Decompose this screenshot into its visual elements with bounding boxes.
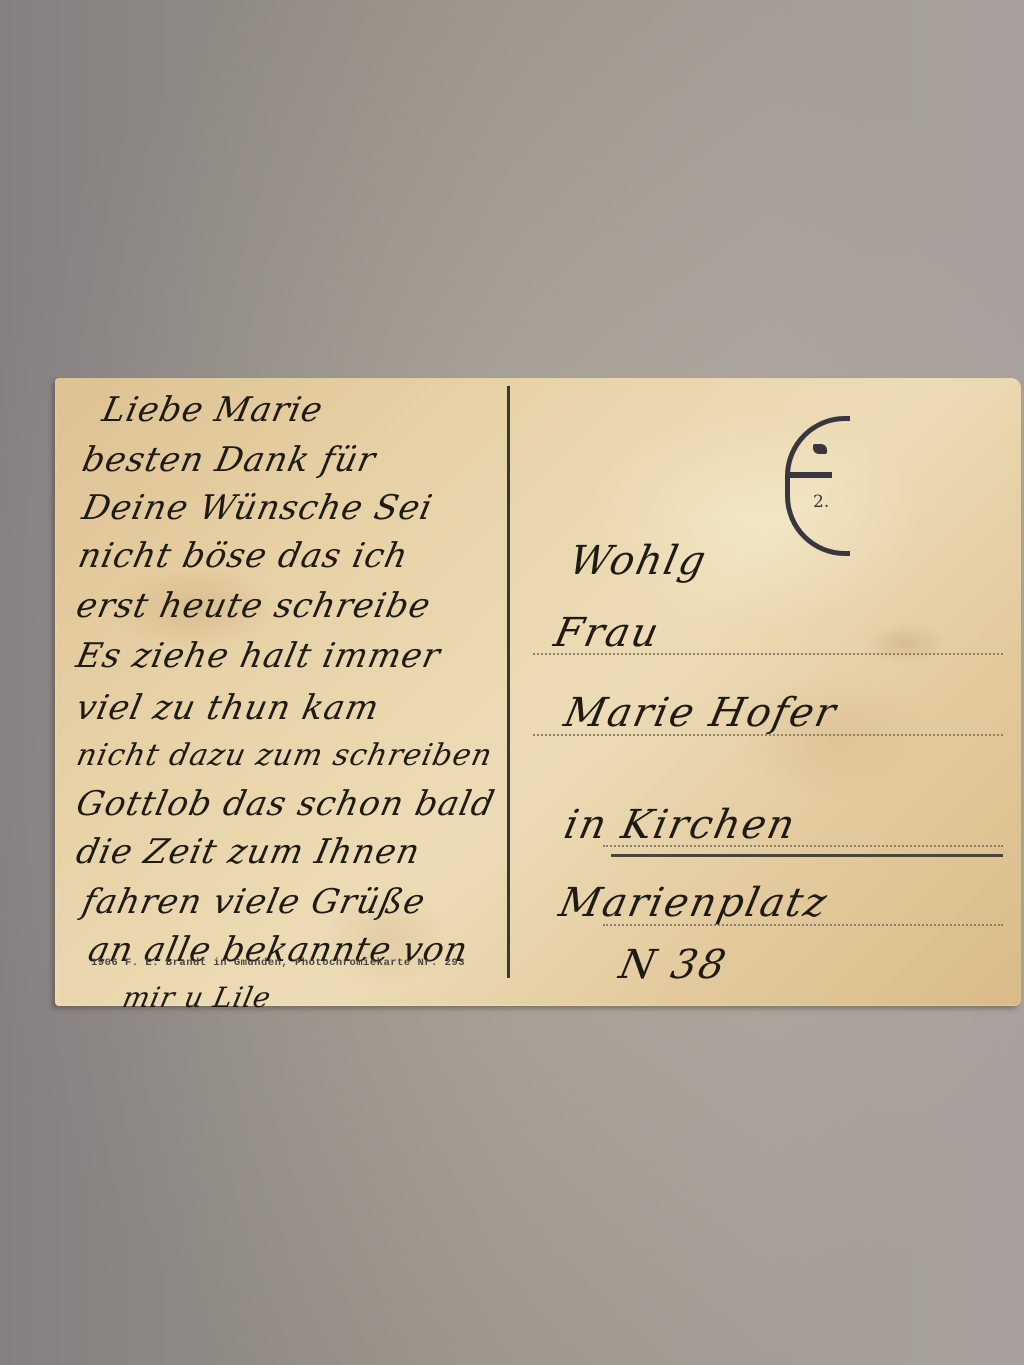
- message-line: fahren viele Grüße: [79, 882, 429, 922]
- message-line: nicht böse das ich: [75, 536, 412, 576]
- message-line: Deine Wünsche Sei: [79, 488, 437, 528]
- message-line: mir u Lile: [119, 978, 275, 1018]
- postmark-text: 2.: [813, 492, 829, 512]
- address-line: Frau: [550, 610, 664, 656]
- postmark-bar: [790, 472, 832, 478]
- address-line: N 38: [615, 942, 731, 988]
- publisher-imprint: 1906 F. E. Brandt in Gmunden, Photochrom…: [91, 957, 465, 969]
- address-line: Wohlg: [565, 538, 711, 584]
- message-line: erst heute schreibe: [73, 586, 435, 626]
- postmark-stamp-icon: [785, 416, 850, 556]
- address-line: in Kirchen: [560, 802, 800, 848]
- message-line: viel zu thun kam: [73, 688, 383, 728]
- message-line: Es ziehe halt immer: [73, 636, 445, 676]
- postcard: Liebe Marie besten Dank für Deine Wünsch…: [55, 378, 1021, 1006]
- message-line: nicht dazu zum schreiben: [73, 736, 496, 776]
- message-line: Liebe Marie: [99, 390, 327, 430]
- message-line: besten Dank für: [79, 440, 380, 480]
- address-city-underline: [611, 854, 1003, 857]
- center-divider-line: [507, 386, 510, 978]
- message-area: Liebe Marie besten Dank für Deine Wünsch…: [63, 390, 508, 990]
- address-line: Marie Hofer: [560, 690, 841, 736]
- address-line: Marienplatz: [555, 880, 832, 926]
- message-line: Gottlob das schon bald: [73, 784, 499, 824]
- message-line: die Zeit zum Ihnen: [73, 832, 424, 872]
- postmark-mark: [813, 444, 827, 454]
